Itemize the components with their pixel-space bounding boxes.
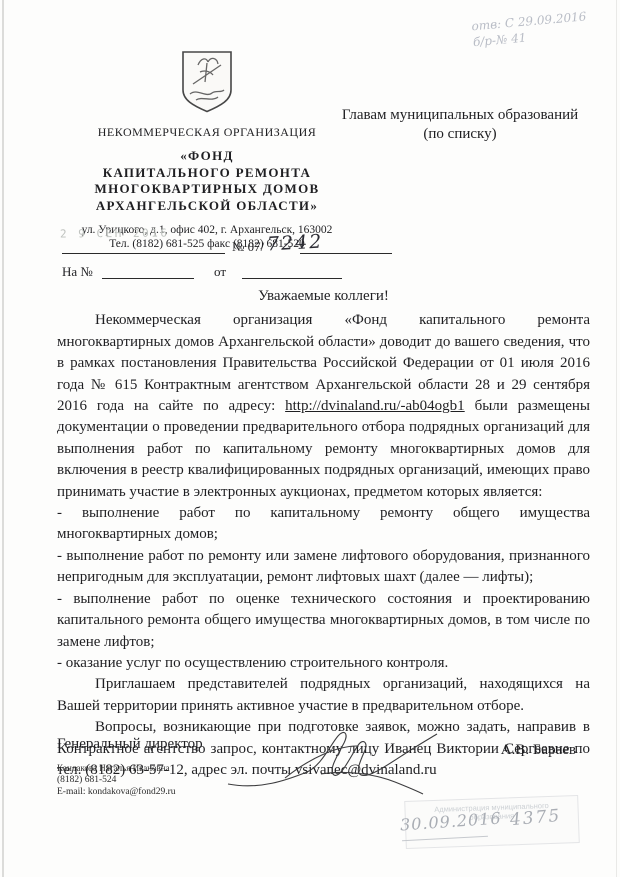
scan-edge-right — [616, 0, 617, 877]
recipient-line1: Главам муниципальных образований — [340, 106, 580, 125]
bullet-item-2: - выполнение работ по ремонту или замене… — [57, 546, 590, 589]
org-type-label: НЕКОММЕРЧЕСКАЯ ОРГАНИЗАЦИЯ — [42, 125, 372, 140]
executor-contact: Кондакова Наталья Ивановна (8182) 681-52… — [57, 762, 176, 798]
blank-line-ref-number — [102, 278, 194, 279]
recipient-line2: (по списку) — [340, 125, 580, 144]
signature-autograph — [225, 722, 440, 807]
executor-phone: (8182) 681-524 — [57, 774, 176, 786]
ref-na-label: На № — [62, 264, 93, 280]
ref-ot-label: от — [214, 264, 226, 280]
letter-body: Уважаемые коллеги! Некоммерческая органи… — [57, 286, 590, 781]
handwritten-outgoing-number: 7242 — [266, 231, 323, 256]
executor-name: Кондакова Наталья Ивановна — [57, 762, 176, 774]
site-url: http://dvinaland.ru/-ab04ogb1 — [285, 398, 465, 414]
executor-email: E-mail: kondakova@fond29.ru — [57, 786, 176, 798]
blank-line-date — [62, 253, 225, 254]
org-name: «ФОНД КАПИТАЛЬНОГО РЕМОНТА МНОГОКВАРТИРН… — [42, 148, 372, 214]
handwritten-note-top-right: отв: С 29.09.2016 б/р-№ 41 — [471, 6, 618, 51]
reference-row: На № от — [62, 264, 402, 284]
blank-line-number — [300, 253, 392, 254]
scanned-letter-page: отв: С 29.09.2016 б/р-№ 41 НЕКОММЕРЧЕСКА… — [0, 0, 620, 877]
signer-name: А.В. Бараев — [501, 742, 576, 759]
bullet-item-4: - оказание услуг по осуществлению строит… — [57, 653, 590, 674]
scan-edge-left — [2, 0, 4, 877]
paragraph-1: Некоммерческая организация «Фонд капитал… — [57, 310, 590, 503]
org-name-line1: «ФОНД — [42, 148, 372, 165]
paragraph-2: Приглашаем представителей подрядных орга… — [57, 674, 590, 717]
org-name-line2: КАПИТАЛЬНОГО РЕМОНТА — [42, 165, 372, 182]
signer-position: Генеральный директор — [57, 736, 203, 753]
letterhead: НЕКОММЕРЧЕСКАЯ ОРГАНИЗАЦИЯ «ФОНД КАПИТАЛ… — [42, 50, 372, 251]
outgoing-number-row: № 07/ 7242 — [62, 238, 402, 260]
recipient-block: Главам муниципальных образований (по спи… — [340, 106, 580, 144]
salutation: Уважаемые коллеги! — [57, 286, 590, 307]
org-name-line3: МНОГОКВАРТИРНЫХ ДОМОВ — [42, 181, 372, 198]
org-name-line4: АРХАНГЕЛЬСКОЙ ОБЛАСТИ» — [42, 198, 372, 215]
bullet-item-3: - выполнение работ по оценке техническог… — [57, 589, 590, 653]
blank-line-ref-date — [242, 278, 342, 279]
coat-of-arms-icon — [178, 50, 236, 119]
number-prefix: № 07/ — [232, 239, 264, 255]
bullet-item-1: - выполнение работ по капитальному ремон… — [57, 503, 590, 546]
